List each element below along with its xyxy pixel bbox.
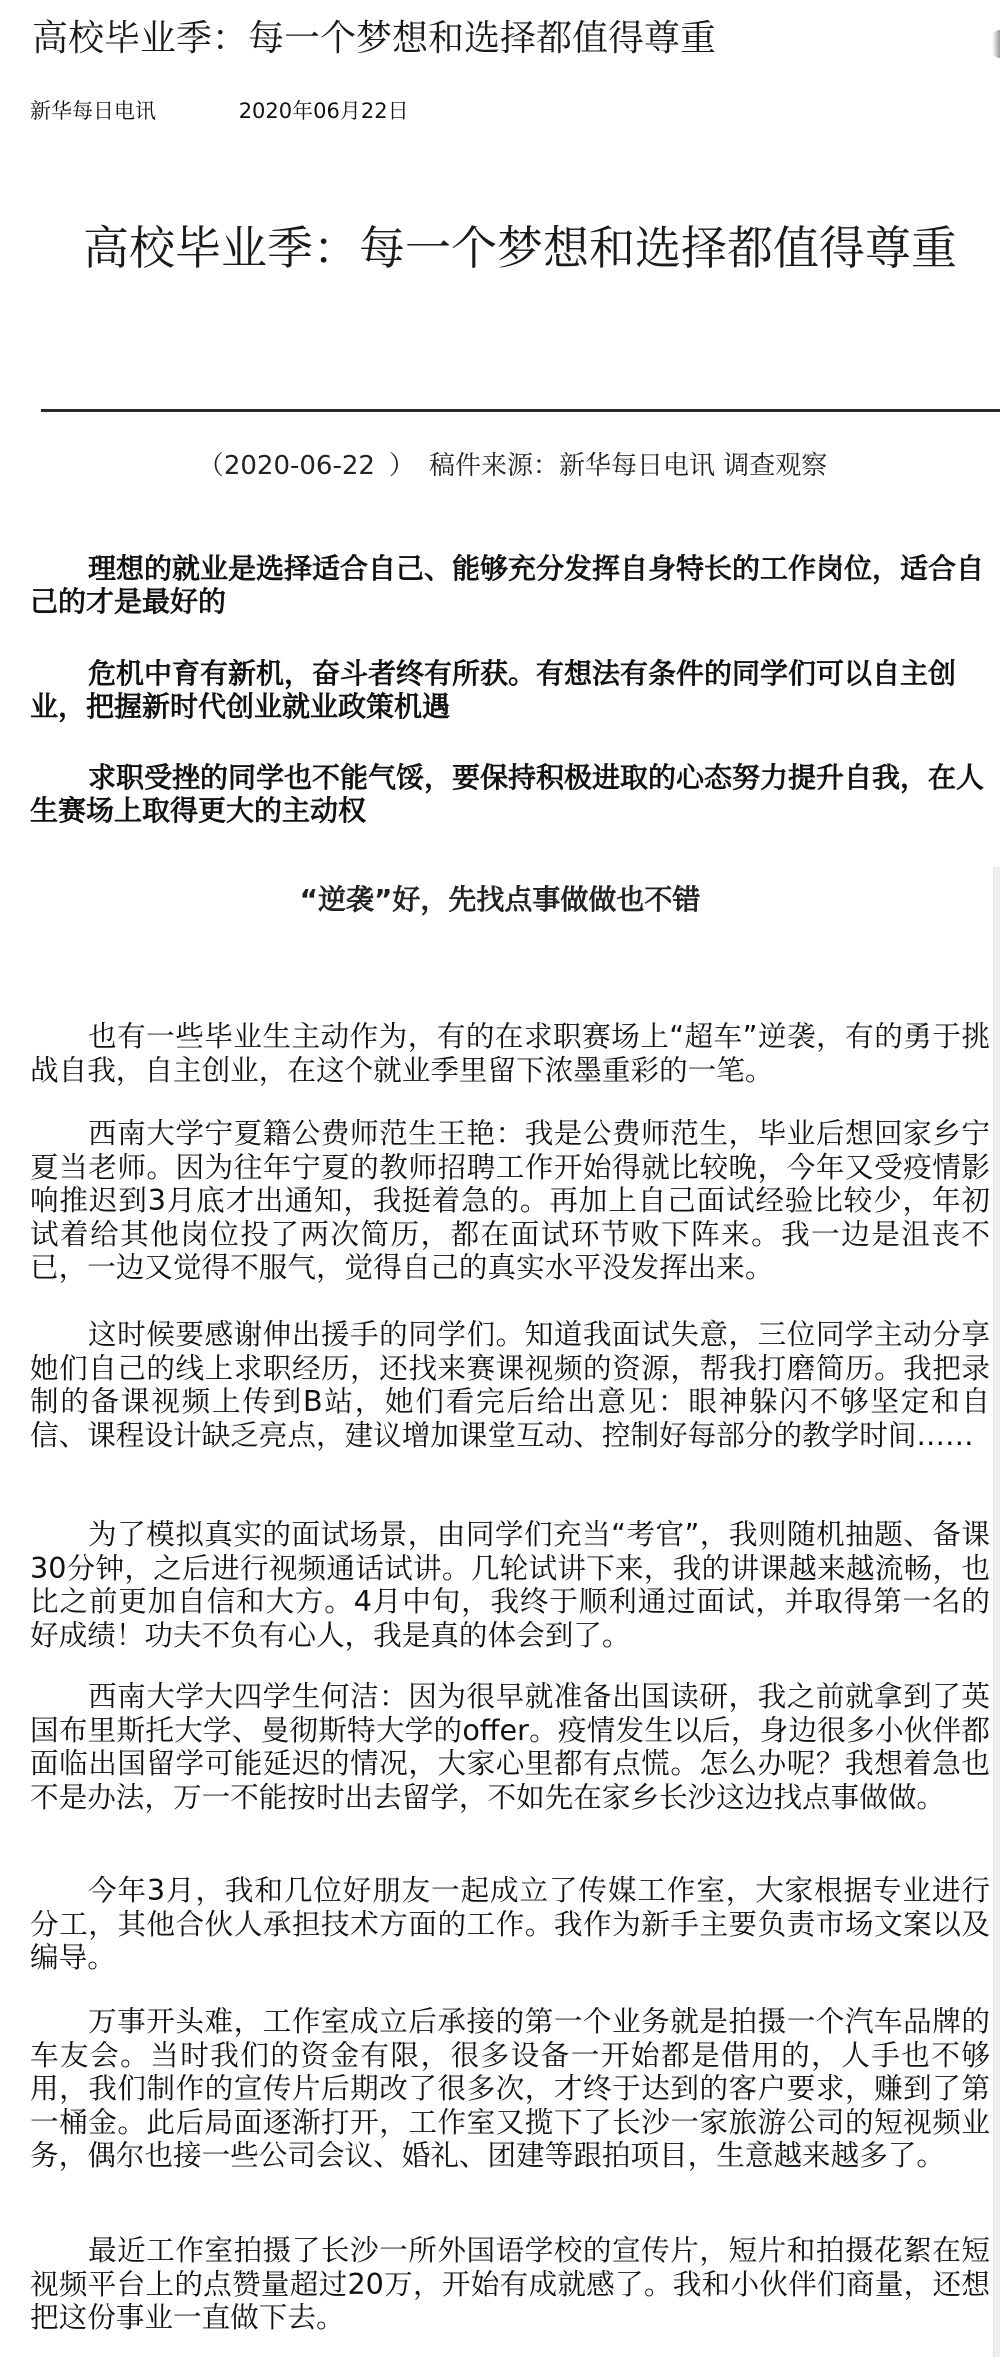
byline-date: 2020-06-22: [224, 451, 375, 481]
window-edge-handle: [992, 30, 1000, 58]
body-paragraph: 也有一些毕业生主动作为，有的在求职赛场上“超车”逆袭，有的勇于挑战自我，自主创业…: [30, 1020, 990, 1087]
header-date: 2020年06月22日: [239, 99, 409, 123]
header-meta: 新华每日电讯 2020年06月22日: [30, 96, 409, 126]
body-paragraph: 西南大学大四学生何洁：因为很早就准备出国读研，我之前就拿到了英国布里斯托大学、曼…: [30, 1680, 990, 1814]
header-source: 新华每日电讯: [30, 99, 156, 123]
body-paragraph: 西南大学宁夏籍公费师范生王艳：我是公费师范生，毕业后想回家乡宁夏当老师。因为往年…: [30, 1117, 990, 1285]
title-divider: [41, 409, 1000, 412]
byline-close-paren: ）: [389, 451, 415, 481]
article-byline: （2020-06-22）稿件来源：新华每日电讯 调查观察: [0, 449, 1000, 483]
article-title: 高校毕业季：每一个梦想和选择都值得尊重: [40, 220, 1000, 277]
body-paragraph: 最近工作室拍摄了长沙一所外国语学校的宣传片，短片和拍摄花絮在短视频平台上的点赞量…: [30, 2234, 990, 2335]
page-header-title: 高校毕业季：每一个梦想和选择都值得尊重: [32, 14, 716, 64]
body-paragraph: 这时候要感谢伸出援手的同学们。知道我面试失意，三位同学主动分享她们自己的线上求职…: [30, 1318, 990, 1452]
byline-source: 稿件来源：新华每日电讯 调查观察: [429, 451, 827, 481]
section-heading: “逆袭”好，先找点事做做也不错: [0, 880, 1000, 920]
scrollbar-track[interactable]: [993, 867, 1000, 2357]
byline-open-paren: （: [198, 451, 224, 481]
summary-point-3: 求职受挫的同学也不能气馁，要保持积极进取的心态努力提升自我，在人生赛场上取得更大…: [30, 761, 998, 827]
summary-point-1: 理想的就业是选择适合自己、能够充分发挥自身特长的工作岗位，适合自己的才是最好的: [30, 552, 998, 618]
summary-point-2: 危机中育有新机，奋斗者终有所获。有想法有条件的同学们可以自主创业，把握新时代创业…: [30, 657, 998, 723]
body-paragraph: 万事开头难，工作室成立后承接的第一个业务就是拍摄一个汽车品牌的车友会。当时我们的…: [30, 2005, 990, 2173]
body-paragraph: 今年3月，我和几位好朋友一起成立了传媒工作室，大家根据专业进行分工，其他合伙人承…: [30, 1874, 990, 1975]
body-paragraph: 为了模拟真实的面试场景，由同学们充当“考官”，我则随机抽题、备课30分钟，之后进…: [30, 1518, 990, 1652]
